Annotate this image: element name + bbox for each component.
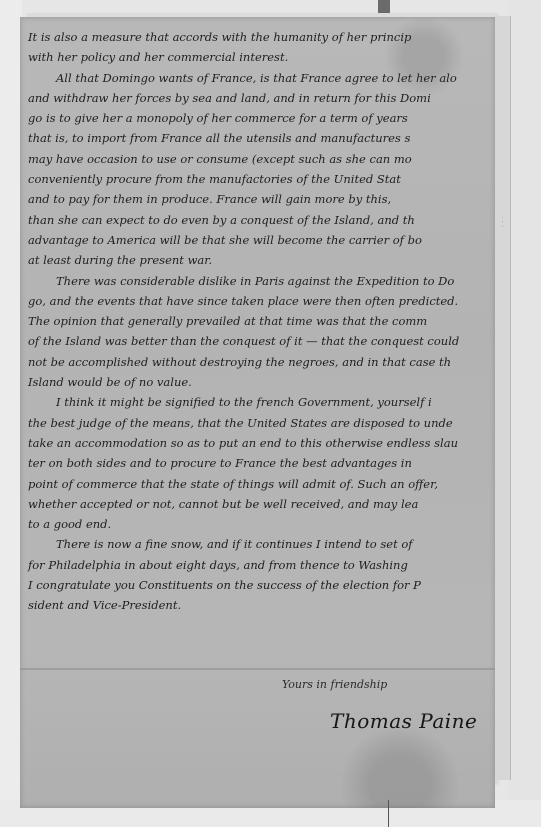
manuscript-line: Island would be of no value. [28,372,494,392]
scan-background-left [0,0,22,827]
manuscript-line: to a good end. [28,514,494,534]
manuscript-line: I think it might be signified to the fre… [28,392,494,412]
manuscript-line: go is to give her a monopoly of her comm… [28,108,494,128]
manuscript-line: sident and Vice-President. [28,595,494,615]
letter-body: It is also a measure that accords with t… [28,27,494,616]
strip-marginalia: · · · [498,216,506,227]
manuscript-line: and withdraw her forces by sea and land,… [28,88,494,108]
manuscript-line: at least during the present war. [28,250,494,270]
manuscript-line: point of commerce that the state of thin… [28,474,494,494]
manuscript-line: conveniently procure from the manufactor… [28,169,494,189]
manuscript-line: and to pay for them in produce. France w… [28,189,494,209]
manuscript-line: It is also a measure that accords with t… [28,27,494,47]
ink-bleed-through [40,697,320,797]
manuscript-line: I congratulate you Constituents on the s… [28,575,494,595]
manuscript-line: for Philadelphia in about eight days, an… [28,555,494,575]
manuscript-line: There was considerable dislike in Paris … [28,271,494,291]
mount-tab [378,0,390,13]
mount-stem [388,800,389,827]
manuscript-line: that is, to import from France all the u… [28,128,494,148]
manuscript-line: There is now a fine snow, and if it cont… [28,534,494,554]
letter-closing: Yours in friendship [282,678,387,691]
fold-crease [20,668,495,670]
manuscript-page: It is also a measure that accords with t… [20,17,495,808]
manuscript-line: All that Domingo wants of France, is tha… [28,68,494,88]
manuscript-line: go, and the events that have since taken… [28,291,494,311]
scan-background-right [508,0,541,827]
mounting-strip: · · · [495,16,511,780]
manuscript-line: of the Island was better than the conque… [28,331,494,351]
manuscript-line: may have occasion to use or consume (exc… [28,149,494,169]
manuscript-line: The opinion that generally prevailed at … [28,311,494,331]
manuscript-line: take an accommodation so as to put an en… [28,433,494,453]
manuscript-line: with her policy and her commercial inter… [28,47,494,67]
manuscript-line: advantage to America will be that she wi… [28,230,494,250]
signature: Thomas Paine [330,709,477,733]
manuscript-line: not be accomplished without destroying t… [28,352,494,372]
manuscript-line: the best judge of the means, that the Un… [28,413,494,433]
manuscript-line: than she can expect to do even by a conq… [28,210,494,230]
manuscript-line: ter on both sides and to procure to Fran… [28,453,494,473]
manuscript-line: whether accepted or not, cannot but be w… [28,494,494,514]
